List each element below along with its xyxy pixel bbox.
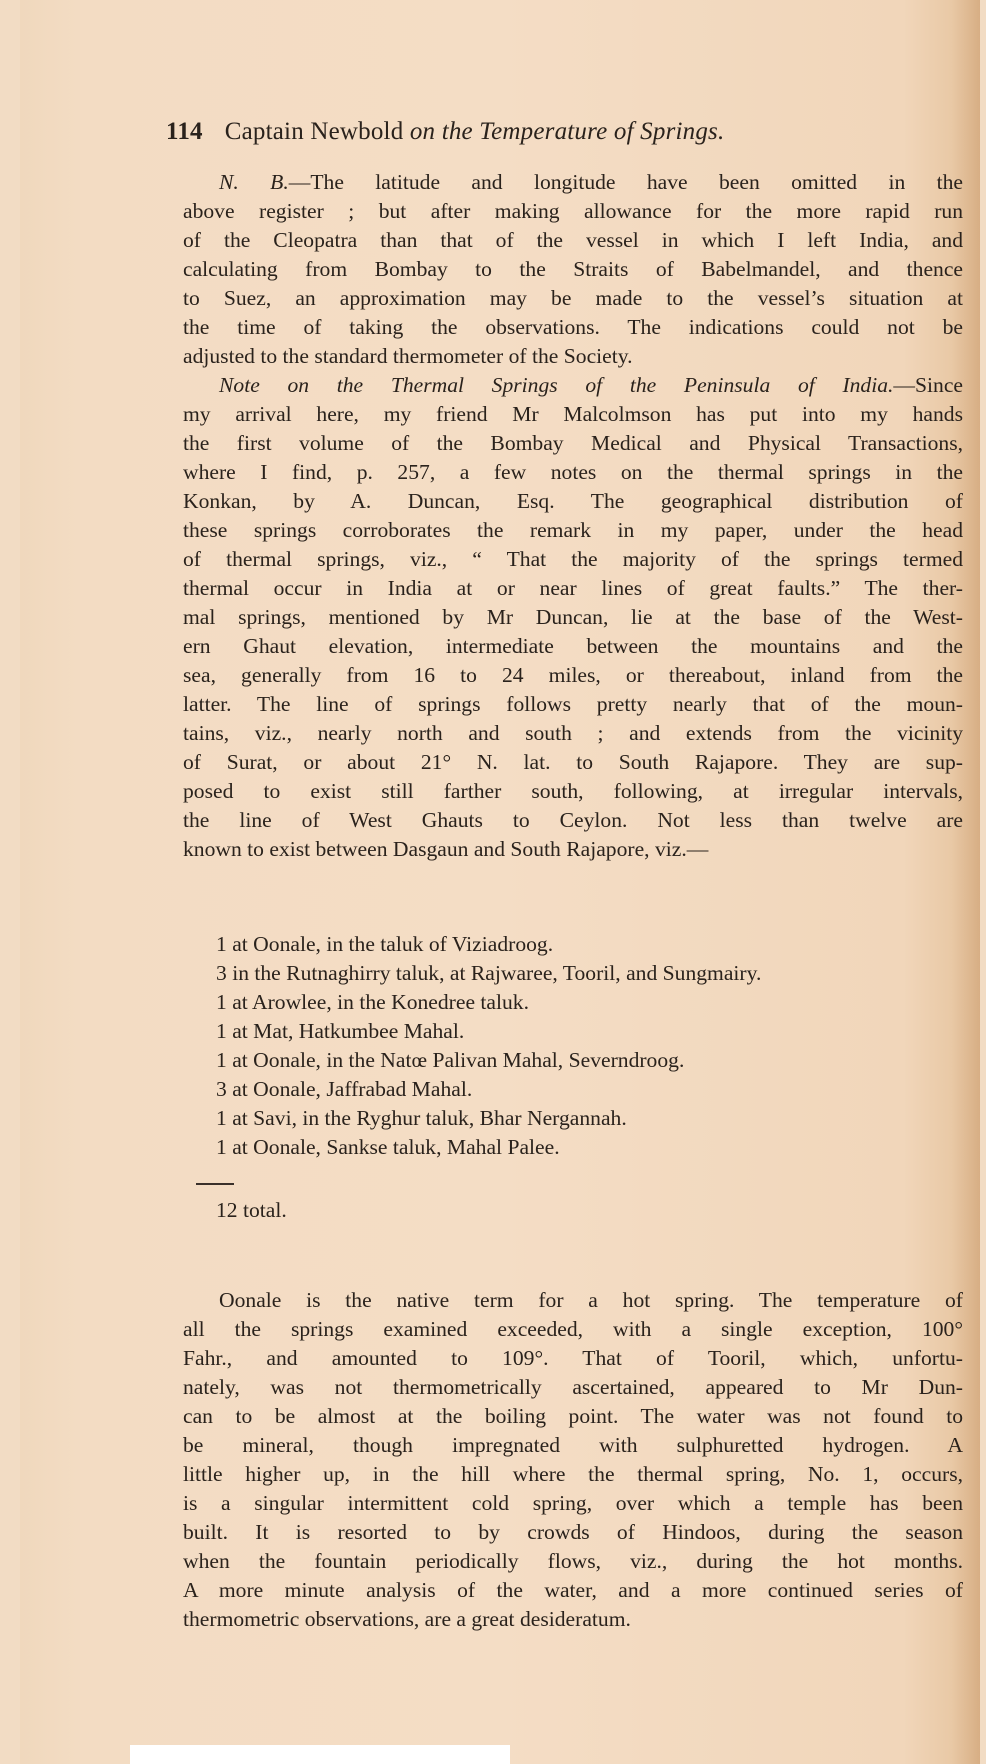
text-line: tains, viz., nearly north and south ; an… — [183, 719, 963, 748]
list-item: 1 at Oonale, Sankse taluk, Mahal Palee. — [216, 1133, 761, 1162]
text-line: when the fountain periodically flows, vi… — [183, 1547, 963, 1576]
text-line: where I find, p. 257, a few notes on the… — [183, 458, 963, 487]
page-number: 114 — [166, 118, 203, 145]
text-line: built. It is resorted to by crowds of Hi… — [183, 1518, 963, 1547]
text-line: be mineral, though impregnated with sulp… — [183, 1431, 963, 1460]
text-line: of Surat, or about 21° N. lat. to South … — [183, 748, 963, 777]
text-line: thermometric observations, are a great d… — [183, 1605, 963, 1634]
nb-paragraph: N. B.—The latitude and longitude have be… — [183, 168, 963, 371]
note-heading: Note on the Thermal Springs of the Penin… — [219, 373, 893, 397]
text-line: ern Ghaut elevation, intermediate betwee… — [183, 632, 963, 661]
text-line: of thermal springs, viz., “ That the maj… — [183, 545, 963, 574]
text-line: mal springs, mentioned by Mr Duncan, lie… — [183, 603, 963, 632]
list-item: 1 at Oonale, in the Natœ Palivan Mahal, … — [216, 1046, 761, 1075]
text-line: the first volume of the Bombay Medical a… — [183, 429, 963, 458]
list-item: 3 at Oonale, Jaffrabad Mahal. — [216, 1075, 761, 1104]
text-line: is a singular intermittent cold spring, … — [183, 1489, 963, 1518]
nb-label: N. B. — [219, 170, 289, 194]
springs-total: 12 total. — [216, 1198, 287, 1223]
final-paragraph: Oonale is the native term for a hot spri… — [183, 1286, 963, 1634]
running-head: 114Captain Newbold on the Temperature of… — [166, 118, 724, 146]
list-item: 1 at Mat, Hatkumbee Mahal. — [216, 1017, 761, 1046]
list-item: 1 at Savi, in the Ryghur taluk, Bhar Ner… — [216, 1104, 761, 1133]
text-line: Konkan, by A. Duncan, Esq. The geographi… — [183, 487, 963, 516]
text-line: the line of West Ghauts to Ceylon. Not l… — [183, 806, 963, 835]
text-line: the time of taking the observations. The… — [183, 313, 963, 342]
running-head-author: Captain Newbold — [225, 118, 404, 145]
text-line: to Suez, an approximation may be made to… — [183, 284, 963, 313]
text-line: above register ; but after making allowa… — [183, 197, 963, 226]
text-line: sea, generally from 16 to 24 miles, or t… — [183, 661, 963, 690]
list-item: 1 at Oonale, in the taluk of Viziadroog. — [216, 930, 761, 959]
text-line: thermal occur in India at or near lines … — [183, 574, 963, 603]
note-paragraph: Note on the Thermal Springs of the Penin… — [183, 371, 963, 864]
text-line: little higher up, in the hill where the … — [183, 1460, 963, 1489]
text-line: nately, was not thermometrically ascerta… — [183, 1373, 963, 1402]
text-line: Fahr., and amounted to 109°. That of Too… — [183, 1344, 963, 1373]
sum-rule — [196, 1183, 234, 1185]
text-line: A more minute analysis of the water, and… — [183, 1576, 963, 1605]
text-line: Oonale is the native term for a hot spri… — [183, 1286, 963, 1315]
list-item: 3 in the Rutnaghirry taluk, at Rajwaree,… — [216, 959, 761, 988]
text-line: known to exist between Dasgaun and South… — [183, 835, 963, 864]
text-line: all the springs examined exceeded, with … — [183, 1315, 963, 1344]
text-line: these springs corroborates the remark in… — [183, 516, 963, 545]
text-line: N. B.—The latitude and longitude have be… — [183, 168, 963, 197]
scan-margin — [986, 0, 1000, 1764]
running-head-title: on the Temperature of Springs. — [410, 118, 725, 145]
text-line: calculating from Bombay to the Straits o… — [183, 255, 963, 284]
springs-list: 1 at Oonale, in the taluk of Viziadroog.… — [216, 930, 761, 1162]
text-line: adjusted to the standard thermometer of … — [183, 342, 963, 371]
text-line: my arrival here, my friend Mr Malcolmson… — [183, 400, 963, 429]
text-line: latter. The line of springs follows pret… — [183, 690, 963, 719]
text-line: posed to exist still farther south, foll… — [183, 777, 963, 806]
text-line: of the Cleopatra than that of the vessel… — [183, 226, 963, 255]
text-line: Note on the Thermal Springs of the Penin… — [183, 371, 963, 400]
book-page: 114Captain Newbold on the Temperature of… — [20, 0, 980, 1764]
list-item: 1 at Arowlee, in the Konedree taluk. — [216, 988, 761, 1017]
scan-margin — [130, 1745, 510, 1764]
text-line: can to be almost at the boiling point. T… — [183, 1402, 963, 1431]
